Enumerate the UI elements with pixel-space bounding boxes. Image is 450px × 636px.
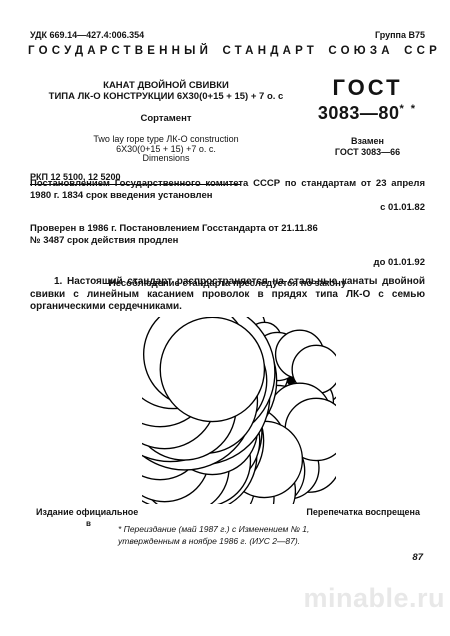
udk-code: УДК 669.14—427.4:006.354: [30, 30, 144, 40]
official-edition-label: Издание официальное: [36, 507, 138, 517]
revision-marks: * *: [399, 103, 417, 115]
footnote-line-2: утвержденным в ноябре 1986 г. (ИУС 2—87)…: [118, 536, 358, 548]
decree-2-line-1: Проверен в 1986 г. Постановлением Госста…: [30, 223, 425, 235]
page-number: 87: [412, 552, 423, 563]
site-watermark: minable.ru: [303, 583, 445, 614]
preamble-block: Постановлением Государственного комитета…: [30, 178, 425, 290]
document-header-row: УДК 669.14—427.4:006.354 Группа В75: [30, 30, 425, 40]
title-en-line-3: Dimensions: [30, 154, 302, 164]
gost-designation-block: ГОСТ 3083—80* * Взамен ГОСТ 3083—66: [303, 77, 432, 158]
rope-cross-section-svg: [142, 317, 336, 504]
rope-cross-section-diagram: [0, 317, 450, 504]
footnote-line-1: * Переиздание (май 1987 г.) с Изменением…: [118, 524, 358, 536]
gost-label: ГОСТ: [303, 77, 432, 99]
title-line-2: ТИПА ЛК-О КОНСТРУКЦИИ 6Х30(0+15 + 15) + …: [30, 91, 302, 102]
title-line-1: КАНАТ ДВОЙНОЙ СВИВКИ: [30, 80, 302, 91]
footer-mark: в: [86, 519, 91, 528]
group-code: Группа В75: [375, 30, 425, 40]
decree-2-line-2: № 3487 срок действия продлен: [30, 235, 425, 247]
replaces-block: Взамен ГОСТ 3083—66: [303, 136, 432, 158]
reissue-footnote: * Переиздание (май 1987 г.) с Изменением…: [118, 524, 358, 547]
standard-org-title: ГОСУДАРСТВЕННЫЙ СТАНДАРТ СОЮЗА ССР: [28, 45, 430, 57]
scope-paragraph: 1. Настоящий стандарт распространяется н…: [30, 276, 425, 314]
title-block: КАНАТ ДВОЙНОЙ СВИВКИ ТИПА ЛК-О КОНСТРУКЦ…: [30, 80, 302, 185]
effective-to-date: до 01.01.92: [30, 257, 425, 269]
decree-paragraph-1: Постановлением Государственного комитета…: [30, 178, 425, 202]
reprint-forbidden-label: Перепечатка воспрещена: [306, 507, 420, 517]
title-english: Two lay rope type ЛК-О construction 6Х30…: [30, 135, 302, 164]
subtitle: Сортамент: [30, 113, 302, 124]
effective-from-date: с 01.01.82: [30, 202, 425, 214]
replaces-number: ГОСТ 3083—66: [303, 147, 432, 158]
replaces-label: Взамен: [303, 136, 432, 147]
decree-paragraph-2: Проверен в 1986 г. Постановлением Госста…: [30, 223, 425, 247]
footer-row: Издание официальное Перепечатка воспреще…: [36, 507, 420, 517]
gost-number: 3083—80* *: [303, 99, 432, 123]
